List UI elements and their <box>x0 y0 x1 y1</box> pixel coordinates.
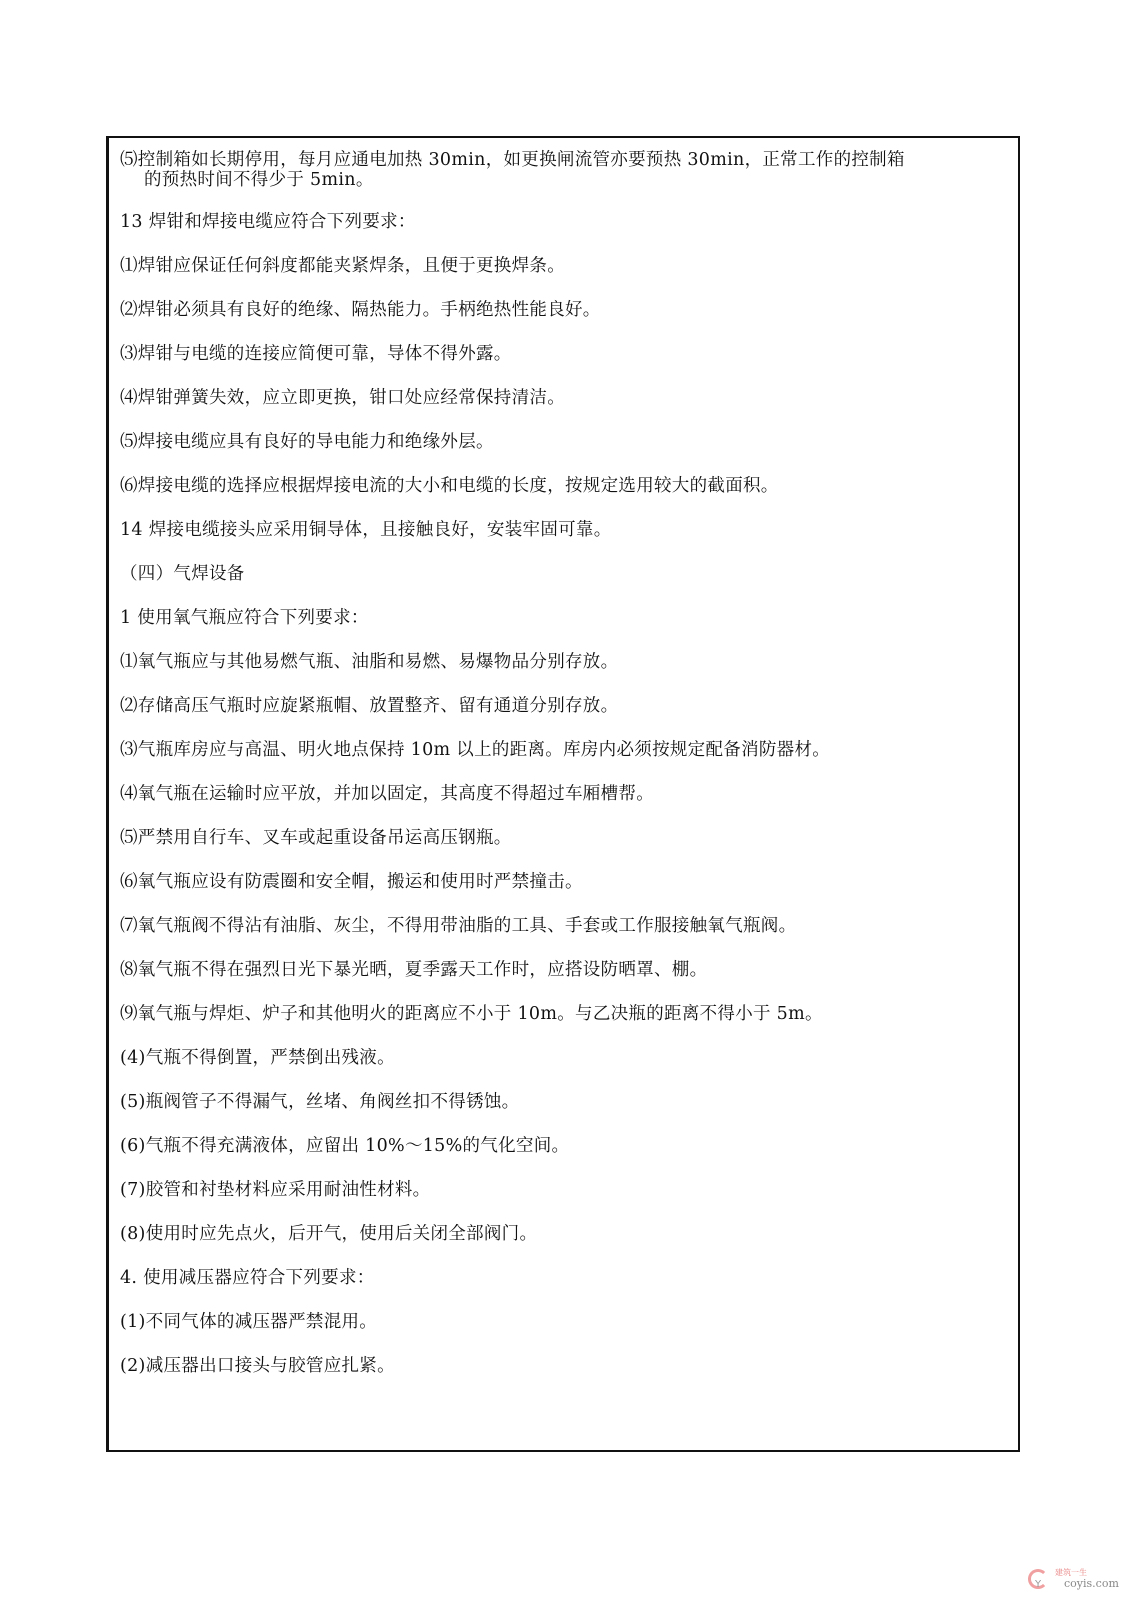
text-line: (6)气瓶不得充满液体，应留出 10%～15%的气化空间。 <box>120 1124 1006 1168</box>
text-line: ⑸焊接电缆应具有良好的导电能力和绝缘外层。 <box>120 420 1006 464</box>
text-line: ⑹氧气瓶应设有防震圈和安全帽，搬运和使用时严禁撞击。 <box>120 860 1006 904</box>
section-heading: （四）气焊设备 <box>120 552 1006 596</box>
text-line: (1)不同气体的减压器严禁混用。 <box>120 1300 1006 1344</box>
text-line: ⑹焊接电缆的选择应根据焊接电流的大小和电缆的长度，按规定选用较大的截面积。 <box>120 464 1006 508</box>
section-heading: 13 焊钳和焊接电缆应符合下列要求： <box>120 200 1006 244</box>
text-line: ⑺氧气瓶阀不得沾有油脂、灰尘，不得用带油脂的工具、手套或工作服接触氧气瓶阀。 <box>120 904 1006 948</box>
text-line: ⑴氧气瓶应与其他易燃气瓶、油脂和易燃、易爆物品分别存放。 <box>120 640 1006 684</box>
text-line: ⑼氧气瓶与焊炬、炉子和其他明火的距离应不小于 10m。与乙决瓶的距离不得小于 5… <box>120 992 1006 1036</box>
text-line: (7)胶管和衬垫材料应采用耐油性材料。 <box>120 1168 1006 1212</box>
text-line: ⑸严禁用自行车、叉车或起重设备吊运高压钢瓶。 <box>120 816 1006 860</box>
text-line: (5)瓶阀管子不得漏气，丝堵、角阀丝扣不得锈蚀。 <box>120 1080 1006 1124</box>
text-line: ⑶焊钳与电缆的连接应简便可靠，导体不得外露。 <box>120 332 1006 376</box>
content-table-frame: ⑸控制箱如长期停用，每月应通电加热 30min，如更换闸流管亦要预热 30min… <box>106 136 1020 1452</box>
text-line: ⑴焊钳应保证任何斜度都能夹紧焊条，且便于更换焊条。 <box>120 244 1006 288</box>
text-line: ⑷氧气瓶在运输时应平放，并加以固定，其高度不得超过车厢槽帮。 <box>120 772 1006 816</box>
text-line: (2)减压器出口接头与胶管应扎紧。 <box>120 1344 1006 1388</box>
text-line: ⑷焊钳弹簧失效，应立即更换，钳口处应经常保持清洁。 <box>120 376 1006 420</box>
text-line: ⑵焊钳必须具有良好的绝缘、隔热能力。手柄绝热性能良好。 <box>120 288 1006 332</box>
watermark-logo-y-icon: Y <box>1035 1579 1041 1590</box>
text-line: ⑵存储高压气瓶时应旋紧瓶帽、放置整齐、留有通道分别存放。 <box>120 684 1006 728</box>
document-body: ⑸控制箱如长期停用，每月应通电加热 30min，如更换闸流管亦要预热 30min… <box>120 144 1006 1388</box>
text-line: ⑶气瓶库房应与高温、明火地点保持 10m 以上的距离。库房内必须按规定配备消防器… <box>120 728 1006 772</box>
text-line: (8)使用时应先点火，后开气，使用后关闭全部阀门。 <box>120 1212 1006 1256</box>
section-heading: 4. 使用减压器应符合下列要求： <box>120 1256 1006 1300</box>
watermark-domain-text: coyis.com <box>1064 1577 1119 1590</box>
watermark: Y 建筑一生 coyis.com <box>1022 1565 1130 1599</box>
text-line: (4)气瓶不得倒置，严禁倒出残液。 <box>120 1036 1006 1080</box>
section-heading: 14 焊接电缆接头应采用铜导体，且接触良好，安装牢固可靠。 <box>120 508 1006 552</box>
section-heading: 1 使用氧气瓶应符合下列要求： <box>120 596 1006 640</box>
text-line: ⑻氧气瓶不得在强烈日光下暴光晒，夏季露天工作时，应搭设防晒罩、棚。 <box>120 948 1006 992</box>
